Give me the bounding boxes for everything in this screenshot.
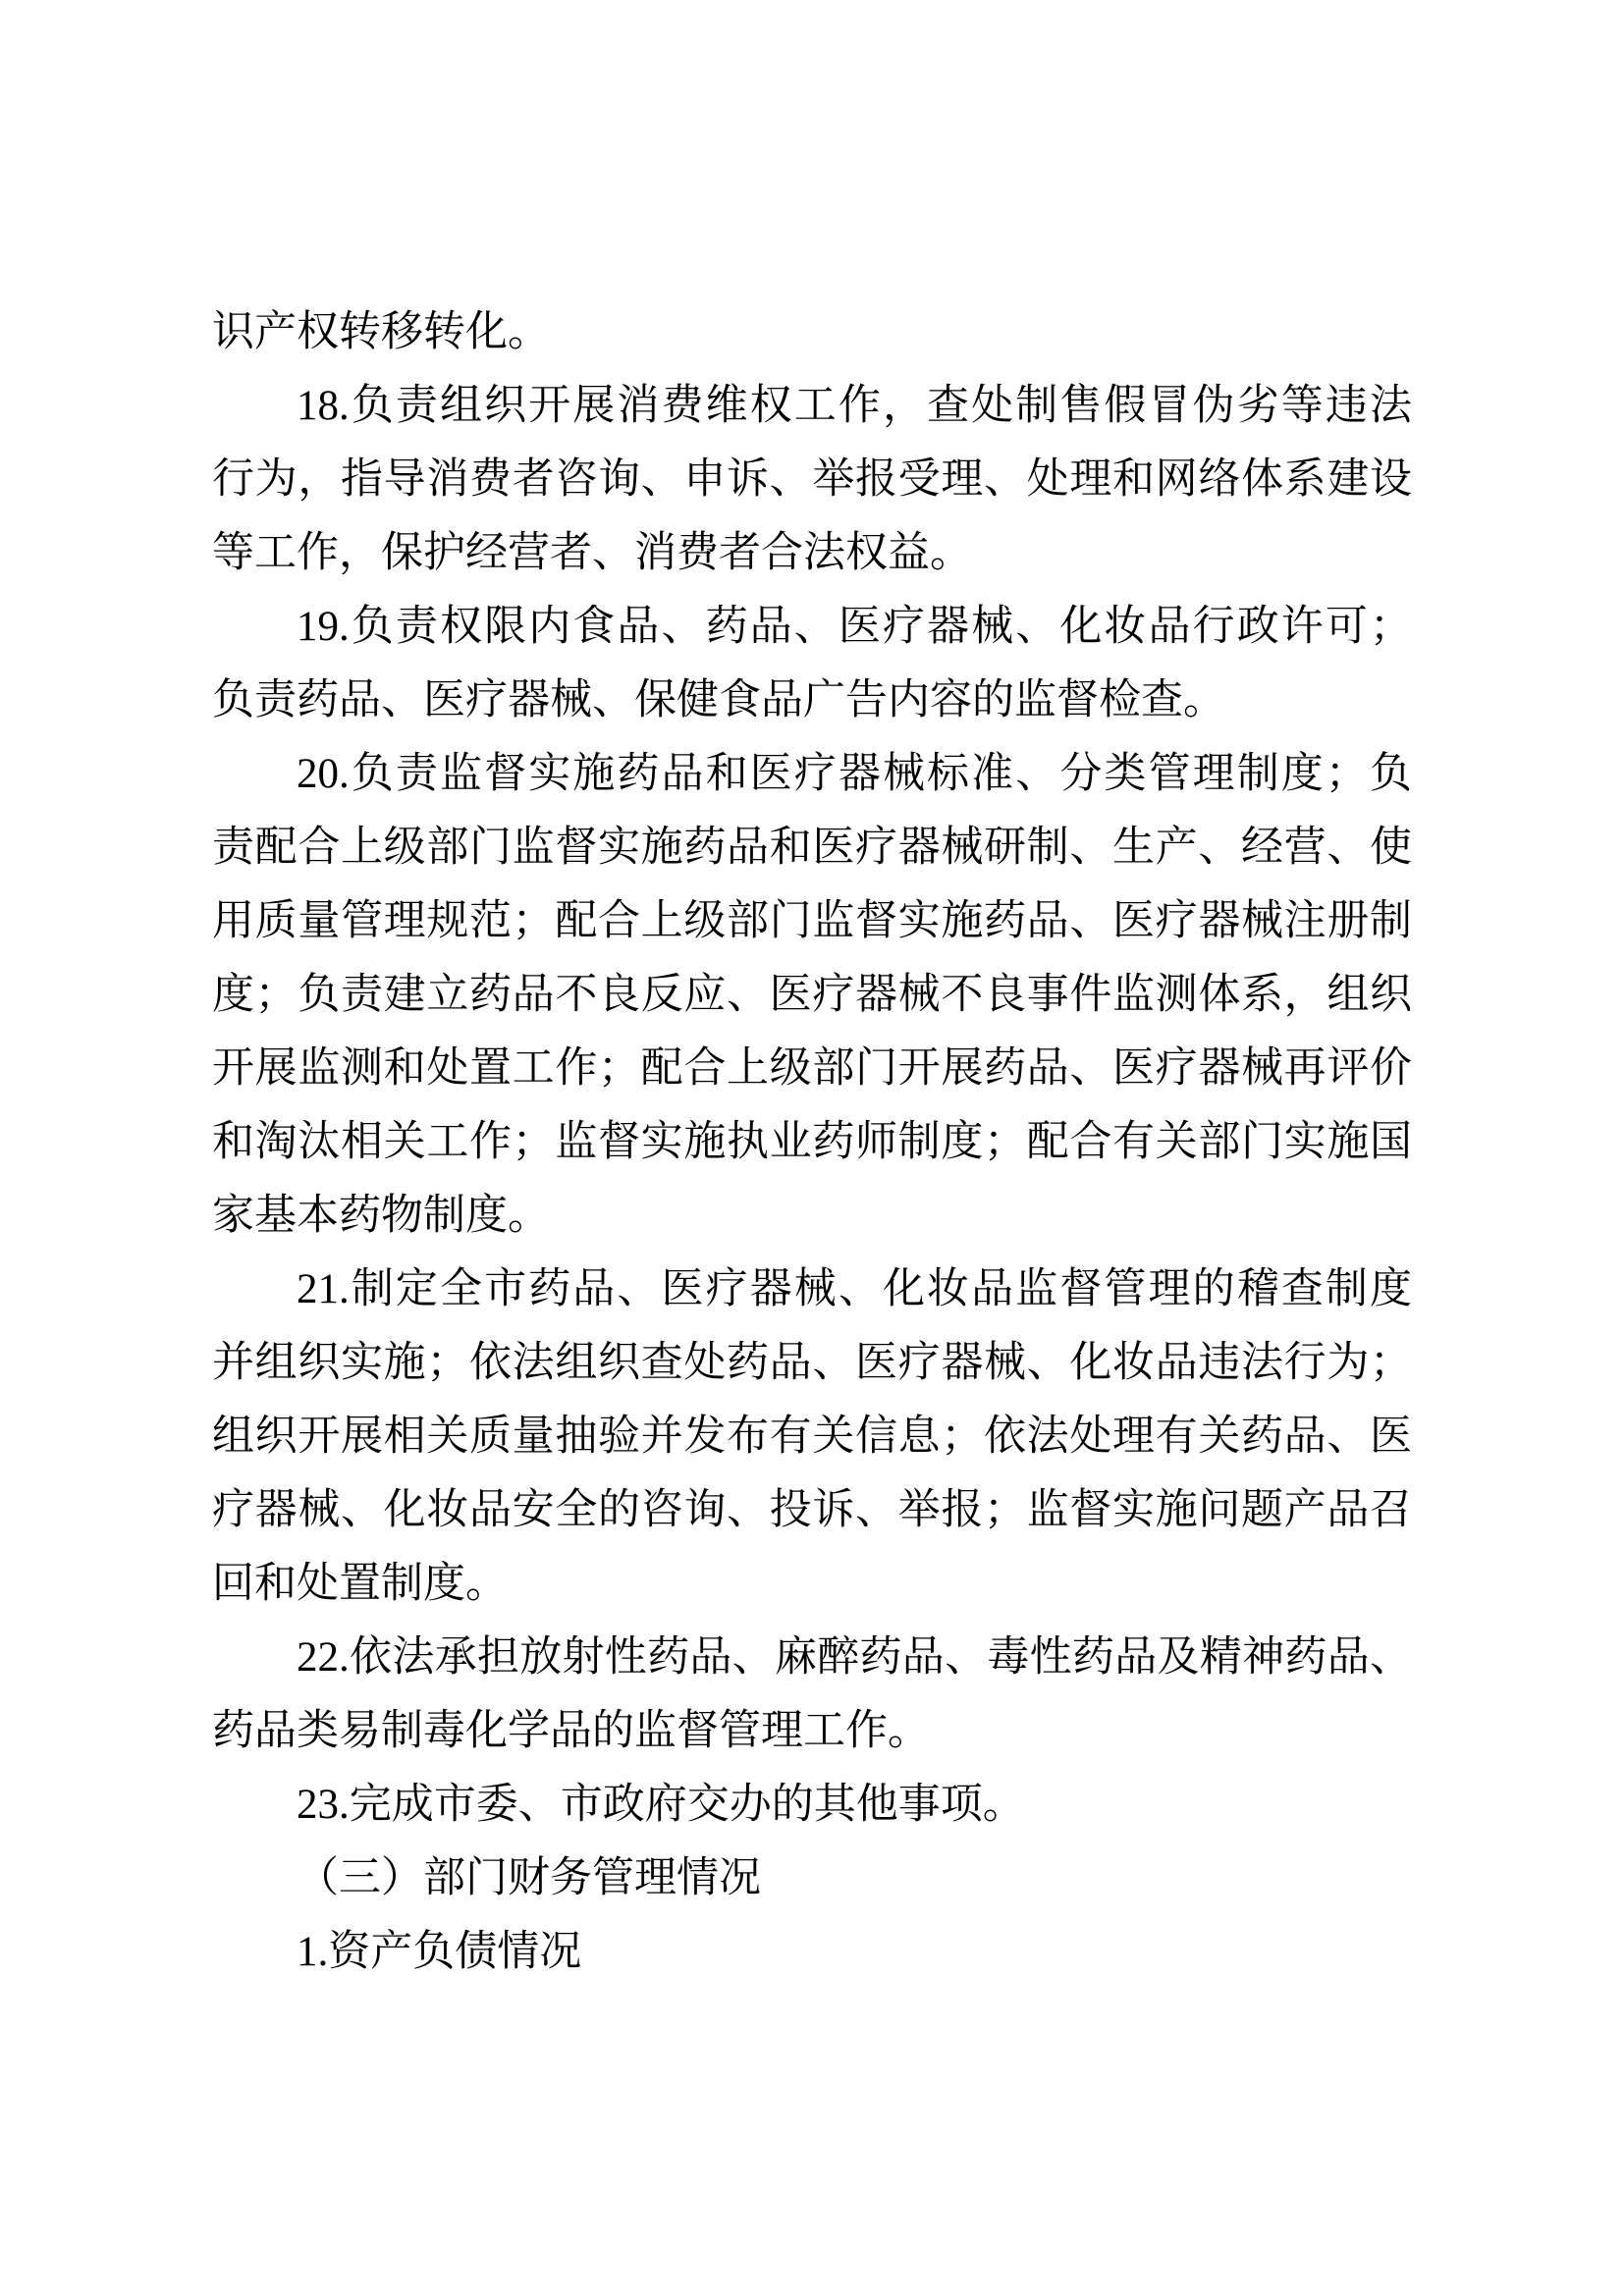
text-line: （三）部门财务管理情况 [212,1842,1412,1915]
text-line: 疗器械、化妆品安全的咨询、投诉、举报；监督实施问题产品召 [212,1473,1412,1547]
text-line: 等工作，保护经营者、消费者合法权益。 [212,516,1412,590]
text-line: 并组织实施；依法组织查处药品、医疗器械、化妆品违法行为； [212,1326,1412,1400]
text-line: 1.资产负债情况 [212,1915,1412,1989]
text-block: 识产权转移转化。18.负责组织开展消费维权工作，查处制售假冒伪劣等违法行为，指导… [212,295,1412,1989]
text-line: 21.制定全市药品、医疗器械、化妆品监督管理的稽查制度 [212,1253,1412,1326]
text-line: 负责药品、医疗器械、保健食品广告内容的监督检查。 [212,664,1412,737]
text-line: 药品类易制毒化学品的监督管理工作。 [212,1694,1412,1768]
text-line: 18.负责组织开展消费维权工作，查处制售假冒伪劣等违法 [212,369,1412,443]
text-line: 回和处置制度。 [212,1547,1412,1621]
text-line: 19.负责权限内食品、药品、医疗器械、化妆品行政许可； [212,590,1412,664]
text-line: 用质量管理规范；配合上级部门监督实施药品、医疗器械注册制 [212,884,1412,958]
text-line: 家基本药物制度。 [212,1179,1412,1253]
text-line: 开展监测和处置工作；配合上级部门开展药品、医疗器械再评价 [212,1032,1412,1105]
text-line: 23.完成市委、市政府交办的其他事项。 [212,1768,1412,1842]
document-page: 识产权转移转化。18.负责组织开展消费维权工作，查处制售假冒伪劣等违法行为，指导… [0,0,1624,2296]
text-line: 22.依法承担放射性药品、麻醉药品、毒性药品及精神药品、 [212,1621,1412,1694]
text-line: 度；负责建立药品不良反应、医疗器械不良事件监测体系，组织 [212,958,1412,1032]
text-line: 责配合上级部门监督实施药品和医疗器械研制、生产、经营、使 [212,811,1412,884]
text-line: 行为，指导消费者咨询、申诉、举报受理、处理和网络体系建设 [212,443,1412,516]
text-line: 和淘汰相关工作；监督实施执业药师制度；配合有关部门实施国 [212,1105,1412,1179]
text-line: 识产权转移转化。 [212,295,1412,369]
text-line: 组织开展相关质量抽验并发布有关信息；依法处理有关药品、医 [212,1400,1412,1473]
text-line: 20.负责监督实施药品和医疗器械标准、分类管理制度；负 [212,737,1412,811]
